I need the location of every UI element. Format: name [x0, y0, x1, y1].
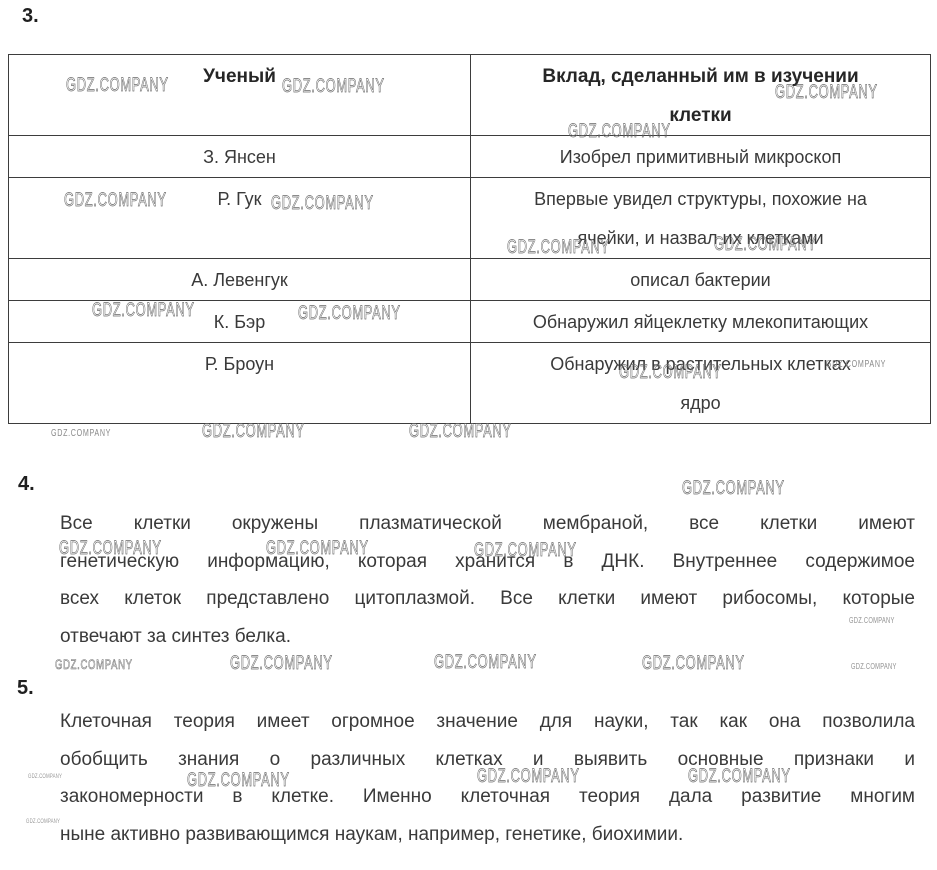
scientists-table: Ученый Вклад, сделанный им в изучении кл…	[8, 54, 931, 424]
cell-contribution: описал бактерии	[471, 259, 931, 301]
table-row: К. Бэр Обнаружил яйцеклетку млекопитающи…	[9, 301, 931, 343]
watermark-text: GDZ.COMPANY	[28, 773, 62, 780]
paragraph-line: Все клетки окружены плазматической мембр…	[60, 505, 915, 543]
answers-page: 3. Ученый Вклад, сделанный им в изучении…	[0, 0, 937, 870]
watermark-text: GDZ.COMPANY	[51, 427, 111, 439]
watermark-text: GDZ.COMPANY	[682, 478, 785, 500]
header-scientist: Ученый	[9, 55, 471, 136]
paragraph-line: всех клеток представлено цитоплазмой. Вс…	[60, 580, 915, 618]
header-contribution: Вклад, сделанный им в изучении клетки	[471, 55, 931, 136]
cell-contribution: Изобрел примитивный микроскоп	[471, 136, 931, 178]
paragraph-line: ныне активно развивающимся наукам, напри…	[60, 816, 915, 854]
table-row: А. Левенгук описал бактерии	[9, 259, 931, 301]
cell-scientist: Р. Гук	[9, 178, 471, 259]
table-header-row: Ученый Вклад, сделанный им в изучении кл…	[9, 55, 931, 136]
paragraph-line: генетическую информацию, которая хранитс…	[60, 543, 915, 581]
watermark-text: GDZ.COMPANY	[26, 818, 60, 825]
watermark-text: GDZ.COMPANY	[55, 656, 133, 672]
cell-scientist: З. Янсен	[9, 136, 471, 178]
watermark-text: GDZ.COMPANY	[230, 653, 333, 675]
cell-contribution: Обнаружил яйцеклетку млекопитающих	[471, 301, 931, 343]
watermark-text: GDZ.COMPANY	[434, 652, 537, 674]
cell-contribution: Впервые увидел структуры, похожие на яче…	[471, 178, 931, 259]
answer-5-paragraph: Клеточная теория имеет огромное значение…	[60, 703, 915, 853]
table-row: Р. Гук Впервые увидел структуры, похожие…	[9, 178, 931, 259]
paragraph-line: обобщить знания о различных клетках и вы…	[60, 741, 915, 779]
watermark-text: GDZ.COMPANY	[642, 653, 745, 675]
question-3-number: 3.	[22, 5, 39, 28]
question-4-number: 4.	[18, 473, 35, 496]
table-row: З. Янсен Изобрел примитивный микроскоп	[9, 136, 931, 178]
paragraph-line: Клеточная теория имеет огромное значение…	[60, 703, 915, 741]
cell-scientist: А. Левенгук	[9, 259, 471, 301]
watermark-text: GDZ.COMPANY	[851, 661, 897, 671]
paragraph-line: отвечают за синтез белка.	[60, 618, 915, 656]
cell-scientist: Р. Броун	[9, 343, 471, 424]
cell-scientist: К. Бэр	[9, 301, 471, 343]
cell-contribution: Обнаружил в растительных клетках ядро	[471, 343, 931, 424]
watermark-text: GDZ.COMPANY	[202, 421, 305, 443]
watermark-text: GDZ.COMPANY	[409, 421, 512, 443]
paragraph-line: закономерности в клетке. Именно клеточна…	[60, 778, 915, 816]
table-row: Р. Броун Обнаружил в растительных клетка…	[9, 343, 931, 424]
answer-4-paragraph: Все клетки окружены плазматической мембр…	[60, 505, 915, 655]
question-5-number: 5.	[17, 677, 34, 700]
